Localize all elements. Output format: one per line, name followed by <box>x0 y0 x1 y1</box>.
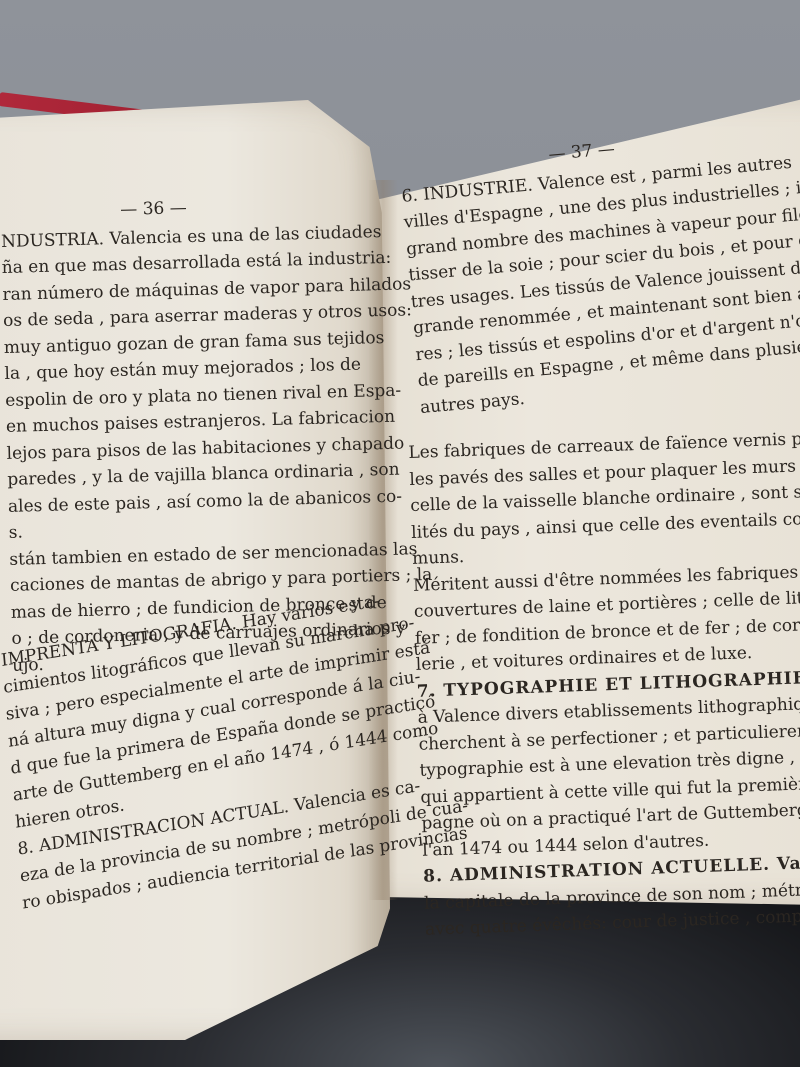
right-page-lower-text: Les fabriques de carreaux de faïence ver… <box>408 425 800 944</box>
right-page-text: — 37 — 6. INDUSTRIE. Valence est , parmi… <box>398 116 800 421</box>
